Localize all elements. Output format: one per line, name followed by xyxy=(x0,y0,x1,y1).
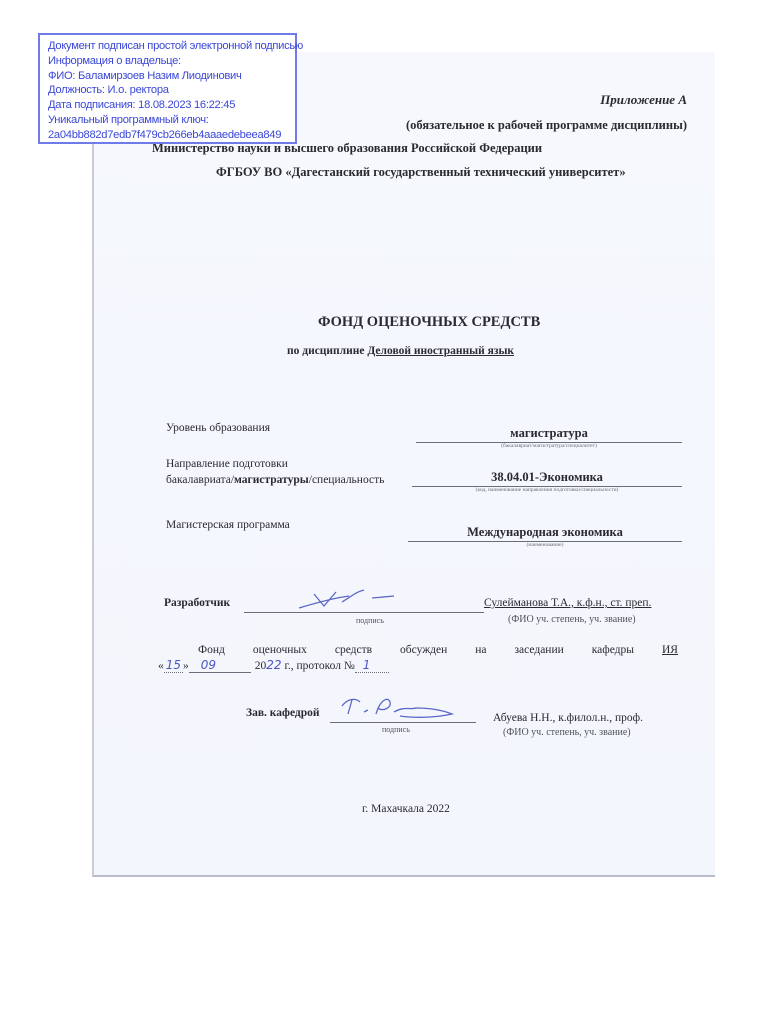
program-label: Магистерская программа xyxy=(166,519,290,531)
discussion-word: заседании xyxy=(515,644,564,656)
discussion-word: средств xyxy=(335,644,372,656)
program-caption: (наименование) xyxy=(408,542,682,548)
education-level-caption: (бакалавриат/магистратура/специалитет) xyxy=(416,443,682,449)
stamp-line-owner-info: Информация о владельце: xyxy=(48,54,295,69)
discussion-word: оценочных xyxy=(253,644,307,656)
discussion-word: Фонд xyxy=(198,644,225,656)
quote-open: « xyxy=(158,660,164,672)
head-of-department-label: Зав. кафедрой xyxy=(246,707,319,719)
discussion-word: на xyxy=(475,644,486,656)
meeting-month: 09 xyxy=(189,658,251,673)
developer-signature-caption: подпись xyxy=(356,616,384,625)
head-signature-caption: подпись xyxy=(382,725,410,734)
developer-label: Разработчик xyxy=(164,597,230,609)
stamp-line-key-label: Уникальный программный ключ: xyxy=(48,113,295,128)
meeting-year-suffix: 22 xyxy=(266,658,281,672)
discipline-line: по дисциплине Деловой иностранный язык xyxy=(287,345,514,357)
stamp-line-title: Документ подписан простой электронной по… xyxy=(48,39,295,54)
discussion-word: кафедры xyxy=(592,644,634,656)
appendix-label: Приложение А xyxy=(600,92,687,108)
discussion-line1: Фонд оценочных средств обсужден на засед… xyxy=(164,644,678,656)
direction-label-specialty: /специальность xyxy=(309,474,385,486)
discussion-word: обсужден xyxy=(400,644,447,656)
developer-signature-scribble-icon xyxy=(294,588,414,614)
head-signature-rule xyxy=(330,722,476,723)
protocol-number: 1 xyxy=(355,658,389,673)
discussion-line2: «15»092022 г., протокол №1 xyxy=(158,658,389,673)
head-name: Абуева Н.Н., к.филол.н., проф. xyxy=(493,712,643,724)
stamp-line-date: Дата подписания: 18.08.2023 16:22:45 xyxy=(48,98,295,113)
head-signature-scribble-icon xyxy=(334,692,464,722)
discipline-prefix: по дисциплине xyxy=(287,345,367,357)
meeting-year-prefix: 20 xyxy=(255,660,267,672)
electronic-signature-stamp: Документ подписан простой электронной по… xyxy=(38,33,297,144)
education-level-value: магистратура xyxy=(416,426,682,441)
meeting-day: 15 xyxy=(164,658,183,673)
appendix-note: (обязательное к рабочей программе дисцип… xyxy=(406,118,687,133)
developer-name: Сулейманова Т.А., к.ф.н., ст. преп. xyxy=(484,597,651,609)
direction-label-master: магистратуры xyxy=(234,474,309,486)
stamp-line-position: Должность: И.о. ректора xyxy=(48,83,295,98)
protocol-label: г., протокол № xyxy=(282,660,355,672)
direction-label-bachelor: бакалавриата/ xyxy=(166,474,234,486)
discipline-name: Деловой иностранный язык xyxy=(367,345,514,357)
direction-label-line2: бакалавриата/магистратуры/специальность xyxy=(166,474,384,486)
university-name: ФГБОУ ВО «Дагестанский государственный т… xyxy=(216,165,626,180)
direction-label-line1: Направление подготовки xyxy=(166,458,288,470)
program-value: Международная экономика xyxy=(408,525,682,540)
city-year: г. Махачкала 2022 xyxy=(362,803,450,815)
department-abbrev: ИЯ xyxy=(662,644,678,656)
document-title: ФОНД ОЦЕНОЧНЫХ СРЕДСТВ xyxy=(318,314,540,331)
developer-name-caption: (ФИО уч. степень, уч. звание) xyxy=(508,614,636,625)
direction-caption: (код, наименование направления подготовк… xyxy=(412,487,682,493)
stamp-line-fio: ФИО: Баламирзоев Назим Лиодинович xyxy=(48,69,295,84)
stamp-line-key-value: 2a04bb882d7edb7f479cb266eb4aaaedebeea849 xyxy=(48,128,295,143)
education-level-label: Уровень образования xyxy=(166,422,270,434)
direction-value: 38.04.01-Экономика xyxy=(412,470,682,485)
head-name-caption: (ФИО уч. степень, уч. звание) xyxy=(503,727,631,738)
scanned-document-page: Приложение А (обязательное к рабочей про… xyxy=(92,52,715,877)
